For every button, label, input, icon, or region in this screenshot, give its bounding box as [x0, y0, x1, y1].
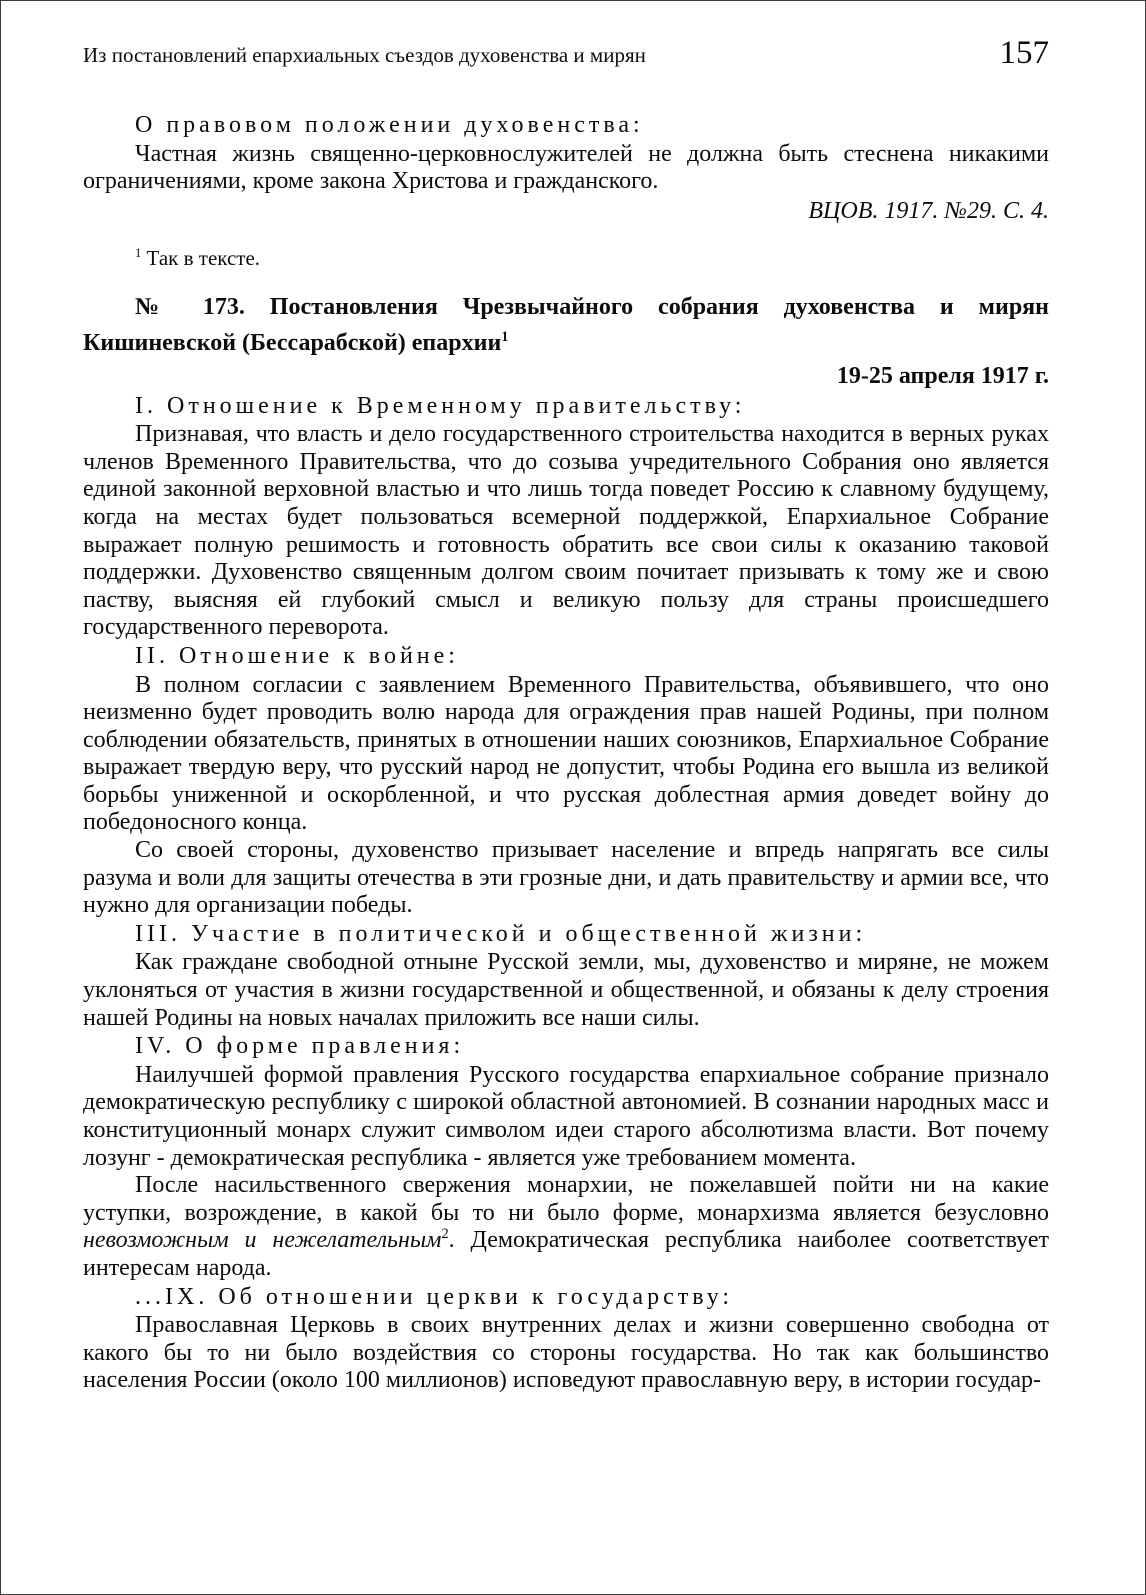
section-heading: III. Участие в политической и общественн… — [83, 921, 1049, 949]
section-heading: ...IX. Об отношении церкви к государству… — [83, 1284, 1049, 1312]
body-paragraph: Православная Церковь в своих внутренних … — [83, 1312, 1049, 1395]
body-paragraph: Наилучшей формой правления Русского госу… — [83, 1062, 1049, 1172]
section-heading: I. Отношение к Временному правительству: — [83, 393, 1049, 421]
document-date: 19-25 апреля 1917 г. — [83, 363, 1049, 391]
document-title: № 173. Постановления Чрезвычайного собра… — [83, 289, 1049, 361]
body-paragraph: Со своей стороны, духовенство призывает … — [83, 837, 1049, 920]
page-content: О правовом положении духовенства:Частная… — [83, 112, 1049, 1395]
page-number: 157 — [1000, 37, 1050, 70]
section-heading: О правовом положении духовенства: — [83, 112, 1049, 140]
section-heading: II. Отношение к войне: — [83, 643, 1049, 671]
body-paragraph: Как граждане свободной отныне Русской зе… — [83, 949, 1049, 1032]
body-paragraph: В полном согласии с заявлением Временног… — [83, 672, 1049, 838]
section-heading: IV. О форме правления: — [83, 1033, 1049, 1061]
body-paragraph: После насильственного свержения монархии… — [83, 1172, 1049, 1282]
footnote: 1 Так в тексте. — [135, 245, 1049, 273]
scanned-book-page: Из постановлений епархиальных съездов ду… — [0, 0, 1146, 1595]
emphasized-phrase: невозможным и нежелательным — [83, 1227, 441, 1253]
body-paragraph: Признавая, что власть и дело государстве… — [83, 421, 1049, 642]
running-header: Из постановлений епархиальных съездов ду… — [83, 37, 1049, 70]
footnote-marker: 1 — [135, 246, 141, 260]
footnote-reference: 2 — [441, 1226, 448, 1242]
source-citation: ВЦОВ. 1917. №29. С. 4. — [83, 198, 1049, 226]
body-paragraph: Частная жизнь священно-церковнослужителе… — [83, 141, 1049, 196]
footnote-reference: 1 — [501, 329, 508, 345]
running-title: Из постановлений епархиальных съездов ду… — [83, 37, 646, 68]
